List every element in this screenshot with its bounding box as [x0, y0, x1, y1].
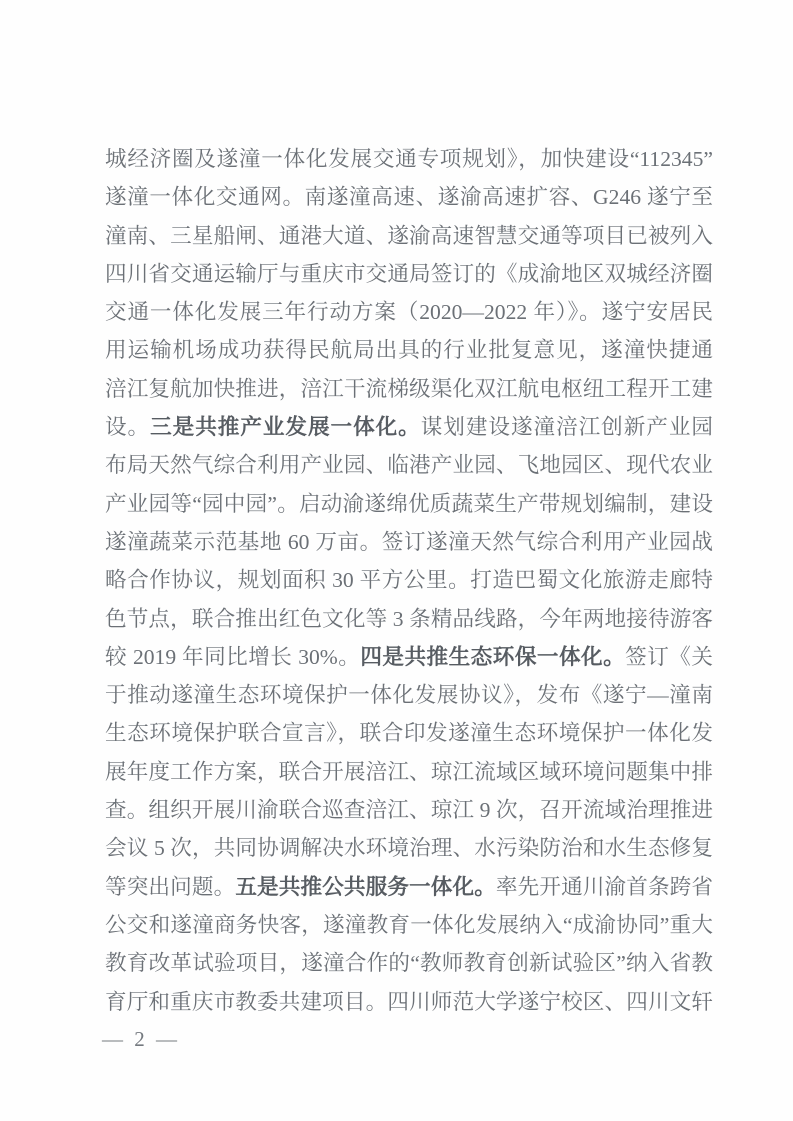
text-line: 潼南、三星船闸、通港大道、遂渝高速智慧交通等项目已被列入	[105, 217, 713, 255]
text-line: 色节点，联合推出红色文化等 3 条精品线路，今年两地接待游客	[105, 600, 713, 638]
text-line: 于推动遂潼生态环境保护一体化发展协议》，发布《遂宁—潼南	[105, 676, 713, 714]
body-text-segment: 教育改革试验项目，遂潼合作的“教师教育创新试验区”纳入省教	[105, 951, 713, 975]
text-line: 用运输机场成功获得民航局出具的行业批复意见，遂潼快捷通道、	[105, 331, 713, 369]
body-text-segment: 遂潼蔬菜示范基地 60 万亩。签订遂潼天然气综合利用产业园战	[105, 530, 713, 554]
text-line: 城经济圈及遂潼一体化发展交通专项规划》，加快建设“112345”	[105, 140, 713, 178]
body-text-segment: 四川省交通运输厅与重庆市交通局签订的《成渝地区双城经济圈	[105, 262, 713, 286]
body-text-segment: 遂潼一体化交通网。南遂潼高速、遂渝高速扩容、G246 遂宁至	[105, 185, 713, 209]
text-line: 育厅和重庆市教委共建项目。四川师范大学遂宁校区、四川文轩	[105, 983, 713, 1021]
emphasis-heading-text: 四是共推生态环保一体化。	[360, 645, 625, 669]
text-line: 遂潼一体化交通网。南遂潼高速、遂渝高速扩容、G246 遂宁至	[105, 178, 713, 216]
text-line: 遂潼蔬菜示范基地 60 万亩。签订遂潼天然气综合利用产业园战	[105, 523, 713, 561]
body-text-segment: 潼南、三星船闸、通港大道、遂渝高速智慧交通等项目已被列入	[105, 224, 713, 248]
body-text-segment: 于推动遂潼生态环境保护一体化发展协议》，发布《遂宁—潼南	[105, 683, 713, 707]
body-text-segment: 展年度工作方案，联合开展涪江、琼江流域区域环境问题集中排	[105, 760, 713, 784]
body-text-segment: 设。	[105, 415, 150, 439]
body-text-block: 城经济圈及遂潼一体化发展交通专项规划》，加快建设“112345”遂潼一体化交通网…	[105, 140, 713, 1021]
text-line: 生态环境保护联合宣言》，联合印发遂潼生态环境保护一体化发	[105, 714, 713, 752]
body-text-segment: 签订《关	[625, 645, 713, 669]
page-number: — 2 —	[102, 1026, 180, 1052]
emphasis-heading-text: 五是共推公共服务一体化。	[235, 875, 496, 899]
body-text-segment: 城经济圈及遂潼一体化发展交通专项规划》，加快建设“112345”	[105, 147, 713, 171]
body-text-segment: 查。组织开展川渝联合巡查涪江、琼江 9 次，召开流域治理推进	[105, 798, 713, 822]
body-text-segment: 生态环境保护联合宣言》，联合印发遂潼生态环境保护一体化发	[105, 721, 713, 745]
body-text-segment: 略合作协议，规划面积 30 平方公里。打造巴蜀文化旅游走廊特	[105, 568, 713, 592]
body-text-segment: 较 2019 年同比增长 30%。	[105, 645, 360, 669]
body-text-segment: 色节点，联合推出红色文化等 3 条精品线路，今年两地接待游客	[105, 607, 713, 631]
body-text-segment: 等突出问题。	[105, 875, 235, 899]
text-line: 布局天然气综合利用产业园、临港产业园、飞地园区、现代农业	[105, 446, 713, 484]
text-line: 四川省交通运输厅与重庆市交通局签订的《成渝地区双城经济圈	[105, 255, 713, 293]
body-text-segment: 交通一体化发展三年行动方案（2020—2022 年）》。遂宁安居民	[105, 300, 713, 324]
text-line: 查。组织开展川渝联合巡查涪江、琼江 9 次，召开流域治理推进	[105, 791, 713, 829]
text-line: 展年度工作方案，联合开展涪江、琼江流域区域环境问题集中排	[105, 753, 713, 791]
text-line: 等突出问题。五是共推公共服务一体化。率先开通川渝首条跨省	[105, 868, 713, 906]
text-line: 产业园等“园中园”。启动渝遂绵优质蔬菜生产带规划编制，建设	[105, 485, 713, 523]
text-line: 交通一体化发展三年行动方案（2020—2022 年）》。遂宁安居民	[105, 293, 713, 331]
text-line: 略合作协议，规划面积 30 平方公里。打造巴蜀文化旅游走廊特	[105, 561, 713, 599]
body-text-segment: 公交和遂潼商务快客，遂潼教育一体化发展纳入“成渝协同”重大	[105, 913, 713, 937]
body-text-segment: 育厅和重庆市教委共建项目。四川师范大学遂宁校区、四川文轩	[105, 990, 713, 1014]
text-line: 设。三是共推产业发展一体化。谋划建设遂潼涪江创新产业园区，	[105, 408, 713, 446]
body-text-segment: 会议 5 次，共同协调解决水环境治理、水污染防治和水生态修复	[105, 836, 713, 860]
document-page: 城经济圈及遂潼一体化发展交通专项规划》，加快建设“112345”遂潼一体化交通网…	[0, 0, 793, 1121]
emphasis-heading-text: 三是共推产业发展一体化。	[150, 415, 421, 439]
body-text-segment: 涪江复航加快推进，涪江干流梯级渠化双江航电枢纽工程开工建	[105, 377, 713, 401]
text-line: 涪江复航加快推进，涪江干流梯级渠化双江航电枢纽工程开工建	[105, 370, 713, 408]
text-line: 教育改革试验项目，遂潼合作的“教师教育创新试验区”纳入省教	[105, 944, 713, 982]
text-line: 较 2019 年同比增长 30%。四是共推生态环保一体化。签订《关	[105, 638, 713, 676]
text-line: 会议 5 次，共同协调解决水环境治理、水污染防治和水生态修复	[105, 829, 713, 867]
body-text-segment: 布局天然气综合利用产业园、临港产业园、飞地园区、现代农业	[105, 453, 713, 477]
body-text-segment: 率先开通川渝首条跨省	[496, 875, 713, 899]
body-text-segment: 产业园等“园中园”。启动渝遂绵优质蔬菜生产带规划编制，建设	[105, 492, 713, 516]
text-line: 公交和遂潼商务快客，遂潼教育一体化发展纳入“成渝协同”重大	[105, 906, 713, 944]
body-text-segment: 用运输机场成功获得民航局出具的行业批复意见，遂潼快捷通道、	[105, 338, 713, 369]
